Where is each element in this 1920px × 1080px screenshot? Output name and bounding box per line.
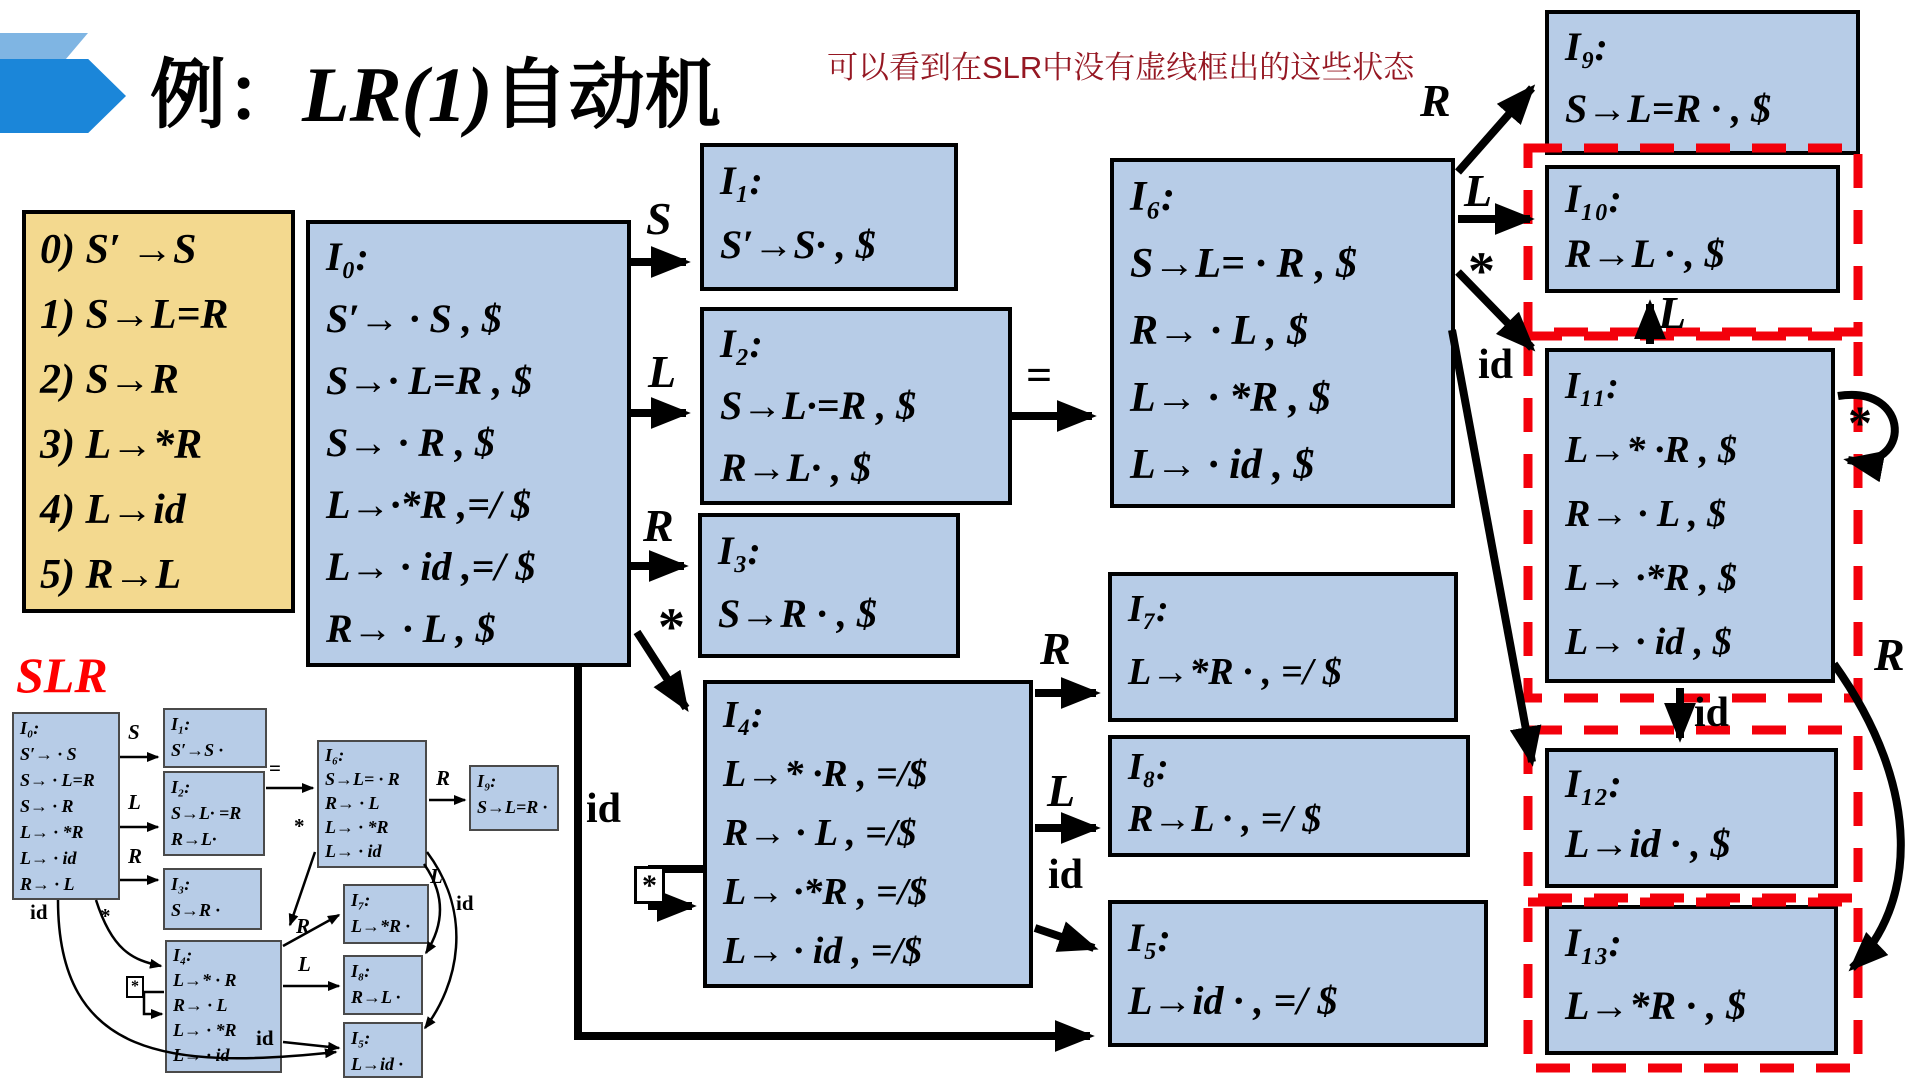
state-item: S′→S· , $	[720, 213, 954, 277]
grammar-line: 2) S→R	[40, 348, 291, 413]
state-title: I₂:	[720, 313, 1008, 375]
slr-state-item: L→*R ·	[351, 913, 427, 939]
state-item: R→ · L , $	[1565, 482, 1831, 546]
edge-label-e_id5: id	[586, 788, 621, 830]
state-title: I₃:	[718, 519, 956, 582]
state-item: R→L · , =/ $	[1128, 793, 1466, 845]
edge-label-e_r9: R	[1420, 78, 1451, 124]
slr-edge-label-mr9: R	[436, 768, 450, 789]
state-item: S→L= · R , $	[1130, 231, 1451, 298]
slr-state-title: I₅:	[351, 1025, 421, 1051]
edge-label-e_l10b: L	[1658, 290, 1686, 336]
state-item: L→ · id , $	[1565, 610, 1831, 674]
state-item: S→L=R · , $	[1565, 78, 1856, 140]
edge-e_r13	[1834, 664, 1901, 968]
state-title: I₁₂:	[1565, 754, 1834, 814]
slr-edge-label-ml8: L	[298, 954, 311, 975]
edge-label-e_id5b: id	[1048, 854, 1083, 896]
edge-label-e_l: L	[648, 349, 676, 395]
slr-state-title: I₂:	[171, 774, 263, 800]
state-I4: I₄:L→* ·R , =/$R→ · L , =/$L→ ·*R , =/$L…	[703, 680, 1033, 988]
state-I9: I₉:S→L=R · , $	[1545, 10, 1860, 155]
slr-state-item: R→ · L	[20, 871, 118, 897]
slr-state-title: I₉:	[477, 768, 557, 794]
slr-state-m4: I₄:L→* · RR→ · LL→ · *RL→ · id	[165, 940, 282, 1073]
slr-edge-label-meq: =	[269, 758, 281, 779]
edge-label-e_eq: =	[1026, 352, 1052, 398]
state-item: L→ ·*R , =/$	[723, 863, 1029, 922]
edge-e_id5b	[1035, 928, 1094, 948]
edge-label-e_loop4: *	[634, 866, 665, 904]
title-suffix: 自动机	[493, 53, 721, 138]
edge-e_r9	[1458, 88, 1532, 172]
slr-state-m5: I₅:L→id ·	[343, 1022, 423, 1078]
state-title: I₈:	[1128, 741, 1466, 793]
page-title: 例：LR(1)自动机	[150, 34, 721, 143]
state-item: L→*R · , $	[1565, 974, 1834, 1037]
edge-label-e_r: R	[643, 503, 674, 549]
slr-state-title: I₇:	[351, 887, 427, 913]
slr-edge-label-mid0: id	[30, 902, 48, 923]
slr-state-m6: I₆:S→L= · RR→ · LL→ · *RL→ · id	[317, 740, 427, 868]
state-title: I₄:	[723, 686, 1029, 745]
state-item: L→* ·R , =/$	[723, 745, 1029, 804]
slr-state-title: I₈:	[351, 958, 421, 984]
edge-label-e_l10: L	[1464, 168, 1492, 214]
state-item: L→*R · , =/ $	[1128, 641, 1454, 704]
slr-state-m2: I₂:S→L· =RR→L·	[163, 771, 265, 856]
state-title: I₁:	[720, 149, 954, 213]
title-math: LR(1)	[302, 51, 493, 138]
slr-state-title: I₄:	[173, 943, 280, 968]
slr-state-title: I₀:	[20, 715, 118, 741]
grammar-line: 4) L→id	[40, 478, 291, 543]
state-item: L→ · id ,=/ $	[326, 536, 627, 598]
slr-state-item: L→ · id	[325, 839, 425, 863]
slr-edge-mid5	[283, 1042, 339, 1048]
state-item: R→ · L , $	[326, 598, 627, 660]
state-I6: I₆:S→L= · R , $R→ · L , $L→ · *R , $L→ ·…	[1110, 158, 1455, 508]
slr-state-m0: I₀:S′→ · SS→ · L=RS→ · RL→ · *RL→ · idR→…	[12, 712, 120, 900]
state-I13: I₁₃:L→*R · , $	[1545, 905, 1838, 1055]
edge-e_id12	[1452, 330, 1532, 762]
banner-strip-icon	[0, 33, 88, 60]
slr-state-item: S→ · L=R	[20, 767, 118, 793]
slr-edge-label-mid6: id	[456, 893, 474, 914]
slr-state-item: S→R ·	[171, 897, 260, 923]
edge-label-e_r13: R	[1874, 632, 1905, 678]
slr-state-item: S→L=R ·	[477, 794, 557, 820]
grammar-line: 3) L→*R	[40, 413, 291, 478]
state-I1: I₁:S′→S· , $	[700, 143, 958, 291]
slr-edge-label-mid5: id	[256, 1028, 274, 1049]
slr-edge-mr7	[283, 915, 339, 946]
state-title: I₁₃:	[1565, 911, 1834, 974]
slr-state-item: S′→ · S	[20, 741, 118, 767]
slr-state-item: L→ · id	[20, 845, 118, 871]
state-item: L→id · , $	[1565, 814, 1834, 874]
slr-state-item: L→id ·	[351, 1051, 421, 1077]
state-item: L→ · *R , $	[1130, 365, 1451, 432]
slr-label: SLR	[16, 646, 108, 704]
edge-label-e_id12b: id	[1694, 692, 1729, 734]
banner-arrow-icon	[0, 59, 126, 133]
state-item: L→ · id , =/$	[723, 922, 1029, 981]
state-title: I₇:	[1128, 578, 1454, 641]
state-title: I₀:	[326, 226, 627, 288]
edge-label-e_r7: R	[1040, 626, 1071, 672]
slr-state-item: R→L ·	[351, 984, 421, 1010]
state-title: I₉:	[1565, 16, 1856, 78]
state-item: L→·*R ,=/ $	[326, 474, 627, 536]
state-item: S→· L=R , $	[326, 350, 627, 412]
state-I11: I₁₁:L→* ·R , $R→ · L , $L→ ·*R , $L→ · i…	[1545, 348, 1835, 683]
slr-edge-label-mstar6: *	[294, 816, 305, 837]
slr-state-item: L→* · R	[173, 968, 280, 993]
state-title: I₁₁:	[1565, 354, 1831, 418]
slr-state-m9: I₉:S→L=R ·	[469, 765, 559, 831]
slr-edge-label-ml6: L	[430, 866, 443, 887]
slr-edge-label-mstar4: *	[126, 976, 144, 998]
state-I12: I₁₂:L→id · , $	[1545, 748, 1838, 888]
slr-state-item: R→ · L	[325, 791, 425, 815]
state-title: I₁₀:	[1565, 171, 1836, 226]
edge-label-e_id12: id	[1478, 344, 1513, 386]
edge-label-e_l8: L	[1047, 768, 1075, 814]
state-I0: I₀:S′→ · S , $S→· L=R , $S→ · R , $L→·*R…	[306, 220, 631, 667]
state-item: L→* ·R , $	[1565, 418, 1831, 482]
slr-state-item: R→ · L	[173, 993, 280, 1018]
slr-state-item: L→ · *R	[325, 815, 425, 839]
state-item: L→ · id , $	[1130, 432, 1451, 499]
state-I7: I₇:L→*R · , =/ $	[1108, 572, 1458, 722]
state-title: I₅:	[1128, 906, 1484, 969]
state-item: S→L·=R , $	[720, 375, 1008, 437]
slr-state-title: I₃:	[171, 871, 260, 897]
state-item: L→id · , =/ $	[1128, 969, 1484, 1032]
slr-state-title: I₁:	[171, 711, 265, 737]
slr-state-item: L→ · *R	[20, 819, 118, 845]
slr-state-m3: I₃:S→R ·	[163, 868, 262, 930]
slr-state-item: S′→S ·	[171, 737, 265, 763]
slr-state-item: R→L·	[171, 826, 263, 852]
slr-edge-label-mr: R	[128, 846, 142, 867]
slr-edge-label-mstar0: *	[100, 906, 111, 927]
state-I8: I₈:R→L · , =/ $	[1108, 735, 1470, 857]
slr-edge-label-ml: L	[128, 792, 141, 813]
edge-label-e_loop11: *	[1848, 400, 1872, 448]
slr-state-m7: I₇:L→*R ·	[343, 884, 429, 944]
red-annotation: 可以看到在SLR中没有虚线框出的这些状态	[827, 42, 1414, 87]
grammar-box: 0) S′ →S1) S→L=R2) S→R3) L→*R4) L→id5) R…	[22, 210, 295, 613]
state-item: R→L · , $	[1565, 226, 1836, 281]
grammar-line: 1) S→L=R	[40, 283, 291, 348]
state-item: L→ ·*R , $	[1565, 546, 1831, 610]
title-prefix: 例：	[150, 53, 302, 138]
state-I2: I₂:S→L·=R , $R→L· , $	[700, 307, 1012, 505]
state-item: S→ · R , $	[326, 412, 627, 474]
edge-label-e_star11: *	[1468, 244, 1495, 298]
grammar-line: 0) S′ →S	[40, 218, 291, 283]
state-item: R→ · L , =/$	[723, 804, 1029, 863]
slr-state-item: S→L· =R	[171, 800, 263, 826]
state-I5: I₅:L→id · , =/ $	[1108, 900, 1488, 1047]
state-I3: I₃:S→R · , $	[698, 513, 960, 658]
state-item: R→ · L , $	[1130, 298, 1451, 365]
edge-label-e_star4: *	[658, 600, 685, 654]
slr-edge-label-mr7: R	[296, 916, 310, 937]
grammar-line: 5) R→L	[40, 543, 291, 608]
slr-state-m1: I₁:S′→S ·	[163, 708, 267, 768]
edge-label-e_s: S	[646, 196, 672, 242]
slr-state-item: S→L= · R	[325, 767, 425, 791]
slr-edge-mstar4	[144, 992, 164, 1014]
slr-state-m8: I₈:R→L ·	[343, 955, 423, 1015]
slr-state-title: I₆:	[325, 743, 425, 767]
state-I10: I₁₀:R→L · , $	[1545, 165, 1840, 293]
state-title: I₆:	[1130, 164, 1451, 231]
state-item: R→L· , $	[720, 437, 1008, 499]
state-item: S→R · , $	[718, 582, 956, 645]
slr-edge-label-ms: S	[128, 722, 140, 743]
slr-state-item: S→ · R	[20, 793, 118, 819]
state-item: S′→ · S , $	[326, 288, 627, 350]
